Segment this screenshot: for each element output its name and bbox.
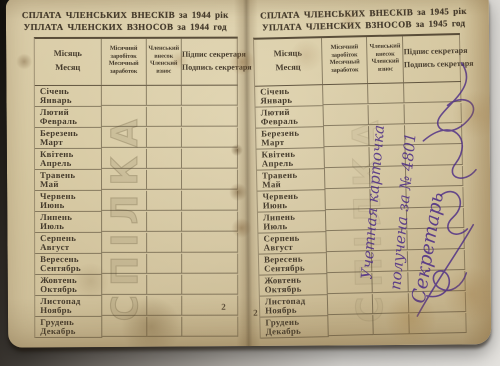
table-header-row: Місяць Месяц Місячний заробіток Месячный…	[254, 35, 461, 87]
fee-cell	[147, 296, 183, 316]
month-cell: ЛютийФевраль	[35, 107, 102, 128]
fee-cell	[147, 233, 183, 253]
month-cell: ВересеньСентябрь	[259, 253, 327, 276]
salary-column-header: Місячний заробіток Месячный заработок	[102, 39, 147, 85]
fee-cell	[147, 191, 183, 211]
salary-cell	[102, 191, 147, 211]
month-cell: ЛипеньИюль	[35, 212, 102, 233]
table-header-row: Місяць Месяц Місячний заробіток Месячный…	[35, 39, 238, 86]
signature-cell	[182, 233, 238, 253]
signature-cell	[182, 212, 238, 232]
table-row: СерпеньАвгуст	[35, 233, 238, 254]
fee-cell	[147, 128, 183, 148]
month-cell: БерезеньМарт	[256, 127, 324, 150]
page-title: СПЛАТА ЧЛЕНСЬКИХ ВНЕСКІВ за 1945 рік УПЛ…	[240, 5, 486, 34]
month-cell: ЖовтеньОктябрь	[35, 275, 102, 296]
month-cell: ВересеньСентябрь	[35, 254, 102, 275]
table-row: ТравеньМай	[35, 170, 238, 191]
month-cell: ГруденьДекабрь	[260, 316, 328, 339]
signature-cell	[182, 149, 238, 169]
signature-cell	[182, 191, 238, 211]
month-cell: КвітеньАпрель	[35, 149, 102, 170]
page-1944: СПІЛКА СПЛАТА ЧЛЕНСЬКИХ ВНЕСКІВ за 1944 …	[6, 0, 245, 348]
salary-cell	[325, 168, 371, 189]
page-number: 2	[221, 302, 226, 312]
month-cell: СіченьЯнварь	[35, 86, 102, 107]
fee-cell	[147, 254, 183, 274]
signature-cell	[182, 254, 238, 274]
month-cell: ЛипеньИюль	[258, 211, 326, 234]
fee-cell	[147, 149, 183, 169]
dues-table-1944: Місяць Месяц Місячний заробіток Месячный…	[34, 37, 239, 338]
month-column-header: Місяць Месяц	[254, 38, 323, 86]
table-row: ГруденьДекабрь	[35, 317, 238, 338]
fee-cell	[146, 86, 182, 106]
salary-cell	[324, 147, 370, 168]
month-cell: БерезеньМарт	[35, 128, 102, 149]
page-number: 2	[253, 308, 258, 318]
month-cell: ЛистопадНоябрь	[35, 296, 102, 317]
fee-cell	[147, 317, 183, 337]
fee-cell	[147, 212, 183, 232]
month-cell: ЛютийФевраль	[256, 106, 324, 129]
table-row: ЖовтеньОктябрь	[35, 275, 238, 296]
title-russian: УПЛАТА ЧЛЕНСКИХ ВЗНОСОВ за 1944 год	[7, 21, 244, 33]
table-row: ЛистопадНоябрь	[35, 296, 238, 317]
signature-cell	[182, 107, 238, 127]
table-row: СіченьЯнварь	[35, 86, 238, 107]
salary-cell	[324, 126, 370, 147]
signature-cell	[182, 86, 238, 106]
signature-column-header: Підпис секретаря Подпись секретаря	[403, 35, 461, 82]
salary-cell	[102, 170, 147, 190]
signature-cell	[182, 317, 238, 337]
title-ukrainian: СПЛАТА ЧЛЕНСЬКИХ ВНЕСКІВ за 1944 рік	[7, 10, 244, 22]
salary-cell	[102, 149, 147, 169]
salary-cell	[102, 254, 147, 274]
salary-column-header: Місячний заробіток Месячный заработок	[322, 37, 368, 84]
fee-cell	[147, 170, 183, 190]
table-row: ВересеньСентябрь	[35, 254, 238, 275]
salary-cell	[324, 105, 370, 126]
salary-cell	[323, 84, 369, 105]
fee-cell	[147, 107, 183, 127]
month-cell: ЧервеньИюнь	[257, 190, 325, 213]
salary-cell	[102, 317, 147, 337]
signature-column-header: Підпис секретаря Подпись секретаря	[182, 39, 238, 85]
page-title: СПЛАТА ЧЛЕНСЬКИХ ВНЕСКІВ за 1944 рік УПЛ…	[7, 10, 244, 33]
month-cell: ЧервеньИюнь	[35, 191, 102, 212]
table-row: КвітеньАпрель	[35, 149, 238, 170]
month-column-header: Місяць Месяц	[35, 39, 102, 85]
salary-cell	[102, 233, 147, 253]
month-cell: ТравеньМай	[35, 170, 102, 191]
signature-cell	[182, 275, 238, 295]
scanned-photo-background: СПІЛКА СПЛАТА ЧЛЕНСЬКИХ ВНЕСКІВ за 1944 …	[0, 0, 500, 366]
month-cell: ТравеньМай	[257, 169, 325, 192]
month-cell: СерпеньАвгуст	[258, 232, 326, 255]
salary-cell	[102, 107, 147, 127]
salary-cell	[102, 86, 147, 106]
month-cell: ГруденьДекабрь	[35, 317, 102, 338]
page-1945: СПІЛКА СПЛАТА ЧЛЕНСЬКИХ ВНЕСКІВ за 1945 …	[243, 0, 491, 346]
signature-cell	[182, 296, 238, 316]
month-cell: СіченьЯнварь	[255, 85, 323, 108]
month-cell: СерпеньАвгуст	[35, 233, 102, 254]
salary-cell	[102, 275, 147, 295]
membership-booklet: СПІЛКА СПЛАТА ЧЛЕНСЬКИХ ВНЕСКІВ за 1944 …	[6, 0, 491, 348]
table-row: ЧервеньИюнь	[35, 191, 238, 212]
salary-cell	[102, 128, 147, 148]
month-cell: ЛистопадНоябрь	[260, 295, 328, 318]
table-row: ЛютийФевраль	[35, 107, 238, 128]
table-row: ЛипеньИюль	[35, 212, 238, 233]
table-row: БерезеньМарт	[35, 128, 238, 149]
table-body: СіченьЯнварьЛютийФевральБерезеньМартКвіт…	[35, 86, 238, 338]
month-cell: КвітеньАпрель	[257, 148, 325, 171]
signature-cell	[182, 128, 238, 148]
signature-cell	[182, 170, 238, 190]
salary-cell	[102, 212, 147, 232]
fee-column-header: Членський внесок Членский взнос	[146, 39, 182, 85]
salary-cell	[102, 296, 147, 316]
fee-cell	[147, 275, 183, 295]
month-cell: ЖовтеньОктябрь	[259, 274, 327, 297]
